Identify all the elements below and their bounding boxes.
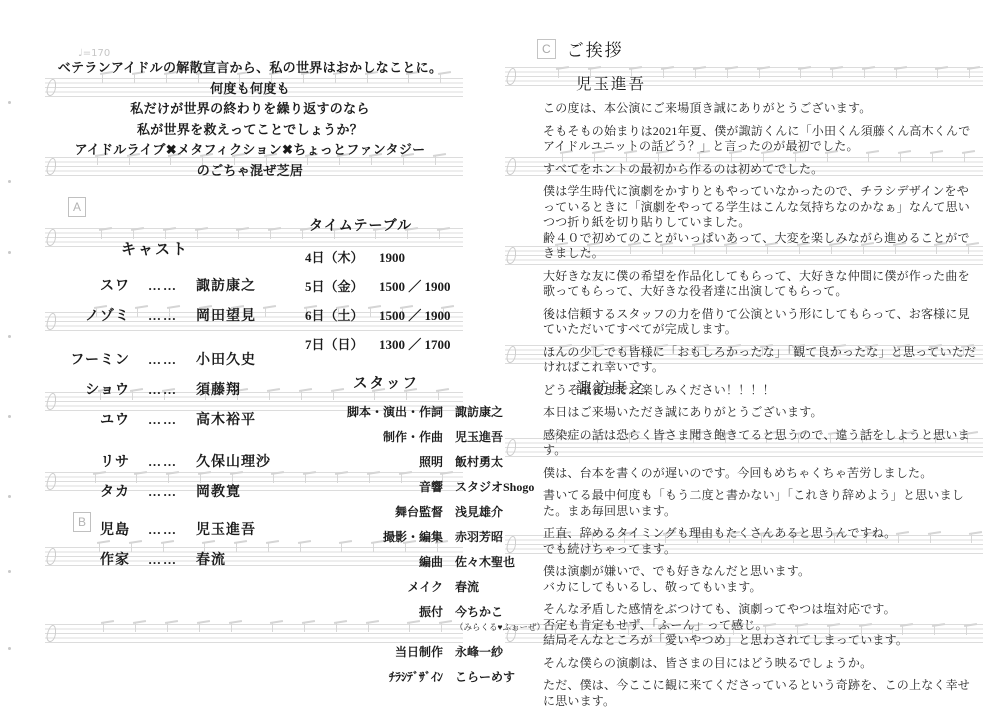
tagline-line: 何度も何度も (40, 79, 460, 100)
tempo-mark: ♩=170 (78, 48, 110, 59)
greeting-paragraph: そんな矛盾した感情をぶつけても、演劇ってやつは塩対応です。 否定も肯定もせず、「… (543, 602, 981, 649)
staff-name: 諏訪康之 (455, 405, 505, 420)
greeting-author: 児玉進吾 (576, 72, 981, 94)
cast-dots: …… (130, 352, 196, 368)
cast-dots: …… (130, 522, 196, 538)
staff-name-text: 赤羽芳昭 (455, 530, 503, 544)
staff-name: 浅見雄介 (455, 505, 505, 520)
tagline-line: ベテランアイドルの解散宣言から、私の世界はおかしなことに。 (40, 58, 460, 79)
greeting-paragraph: すべてをホントの最初から作るのは初めてでした。 (543, 162, 981, 178)
staff-row: ﾁﾗｼﾃﾞｻﾞｲﾝ こらーめす (295, 670, 505, 685)
staff-name: 春流 (455, 580, 505, 595)
greeting-paragraph: 正直、辞めるタイミングも理由もたくさんあると思うんですね。 でも続けちゃってます… (543, 526, 981, 557)
cast-dots: …… (130, 552, 196, 568)
cast-name: 諏訪康之 (196, 275, 315, 295)
cast-dots: …… (130, 484, 196, 500)
staff-name-note: （みらくる♥ふぉーぜ） (455, 620, 545, 635)
cast-dots: …… (130, 412, 196, 428)
staff-row: 舞台監督 浅見雄介 (295, 505, 505, 520)
cast-row: ユウ …… 高木裕平 (55, 409, 315, 431)
staff-name: 今ちかこ（みらくる♥ふぉーぜ） (455, 605, 545, 635)
cast-title: キャスト (121, 238, 315, 259)
cast-dots: …… (130, 382, 196, 398)
staff-role: ﾁﾗｼﾃﾞｻﾞｲﾝ (295, 670, 443, 685)
staff-name-text: こらーめす (455, 670, 515, 684)
staff-role: 舞台監督 (295, 505, 443, 520)
staff-row: 音響 スタジオShogo (295, 480, 505, 495)
tagline-line: アイドルライブ✖メタフィクション✖ちょっとファンタジー (40, 140, 460, 161)
cast-row: 作家 …… 春流 (55, 549, 315, 571)
greeting-paragraph: 書いてる最中何度も「もう二度と書かない」「これきり辞めよう」と思いました。まあ毎… (543, 488, 981, 519)
greeting-paragraph: ほんの少しでも皆様に「おもしろかったな」「観て良かったな」と思っていただければこ… (543, 345, 981, 376)
timetable-date: 4日（木） (305, 250, 379, 265)
greeting-paragraph: ただ、僕は、今ここに観に来てくださっているという奇跡を、この上なく幸せに思います… (543, 678, 981, 707)
cast-dots: …… (130, 278, 196, 294)
greeting-paragraph: 僕は、台本を書くのが遅いのです。今回もめちゃくちゃ苦労しました。 (543, 466, 981, 482)
greeting-paragraph: この度は、本公演にご来場頂き誠にありがとうございます。 (543, 101, 981, 117)
cast-role: リサ (55, 451, 130, 471)
staff-name: スタジオShogo (455, 480, 534, 495)
cast-section: キャスト スワ …… 諏訪康之 ノゾミ …… 岡田望見 (55, 238, 315, 571)
timetable-section: タイムテーブル 4日（木） 1900 5日（金） 1500 ／ 1900 6日（… (305, 215, 500, 352)
cast-name: 岡田望見 (196, 305, 315, 325)
staff-role: 脚本・演出・作詞 (295, 405, 443, 420)
timetable-times: 1500 ／ 1900 (379, 279, 500, 294)
cast-row: ショウ …… 須藤翔 (55, 379, 315, 401)
tagline-line: 私だけが世界の終わりを繰り返すのなら (40, 99, 460, 120)
staff-row: 脚本・演出・作詞 諏訪康之 (295, 405, 505, 420)
staff-name: 佐々木聖也 (455, 555, 515, 570)
staff-section: スタッフ 脚本・演出・作詞 諏訪康之 制作・作曲 児玉進吾 照明 飯村勇太 音 (295, 372, 505, 685)
timetable-title: タイムテーブル (309, 215, 500, 235)
staff-name: 児玉進吾 (455, 430, 505, 445)
staff-name-text: 飯村勇太 (455, 455, 503, 469)
greeting-title: ご挨拶 (567, 36, 624, 61)
timetable-times: 1500 ／ 1900 (379, 308, 500, 323)
staff-role: 撮影・編集 (295, 530, 443, 545)
rehearsal-mark-a: A (68, 197, 86, 217)
cast-role: ユウ (55, 409, 130, 429)
greeting-paragraph: そんな僕らの演劇は、皆さまの目にはどう映るでしょうか。 (543, 656, 981, 672)
greeting-paragraph: 後は信頼するスタッフの力を借りて公演という形にしてもらって、お客様に見ていただい… (543, 307, 981, 338)
greeting-paragraph: そもそもの始まりは2021年夏、僕が諏訪くんに「小田くん須藤くん高木くんでアイド… (543, 124, 981, 155)
tagline-line: のごちゃ混ぜ芝居 (40, 161, 460, 182)
timetable-date: 5日（金） (305, 279, 379, 294)
greeting-section-suwa: 諏訪康之 本日はご来場いただき誠にありがとうございます。 感染症の話は恐らく皆さ… (543, 376, 981, 707)
staff-role: 制作・作曲 (295, 430, 443, 445)
greeting-paragraph: 僕は演劇が嫌いで、でも好きなんだと思います。 バカにしてもいるし、敬ってもいます… (543, 564, 981, 595)
program-content: ♩=170 A B ベテランアイドルの解散宣言から、私の世界はおかしなことに。 … (0, 0, 1000, 707)
staff-name-text: 春流 (455, 580, 479, 594)
staff-row: 照明 飯村勇太 (295, 455, 505, 470)
staff-name-text: 浅見雄介 (455, 505, 503, 519)
staff-name: 永峰一紗 (455, 645, 505, 660)
greeting-paragraph: 僕は学生時代に演劇をかすりともやっていなかったので、チラシデザインをやっていると… (543, 184, 981, 262)
staff-name-text: 今ちかこ (455, 605, 503, 619)
staff-role: 当日制作 (295, 645, 443, 660)
cast-row: リサ …… 久保山理沙 (55, 451, 315, 473)
cast-role: 児島 (55, 519, 130, 539)
staff-name-text: 児玉進吾 (455, 430, 503, 444)
program-spread: ♩=170 A B ベテランアイドルの解散宣言から、私の世界はおかしなことに。 … (0, 0, 1000, 707)
staff-role: メイク (295, 580, 443, 595)
staff-name: こらーめす (455, 670, 515, 685)
timetable-date: 6日（土） (305, 308, 379, 323)
timetable-row: 6日（土） 1500 ／ 1900 (305, 308, 500, 323)
staff-name: 飯村勇太 (455, 455, 505, 470)
timetable-times: 1300 ／ 1700 (379, 337, 500, 352)
cast-row: スワ …… 諏訪康之 (55, 275, 315, 297)
staff-role: 振付 (295, 605, 443, 635)
cast-row: ノゾミ …… 岡田望見 (55, 305, 315, 327)
staff-row: 撮影・編集 赤羽芳昭 (295, 530, 505, 545)
staff-row: メイク 春流 (295, 580, 505, 595)
tagline: ベテランアイドルの解散宣言から、私の世界はおかしなことに。 何度も何度も 私だけ… (40, 58, 460, 181)
cast-rows: スワ …… 諏訪康之 ノゾミ …… 岡田望見 フーミン …… 小田久史 (55, 275, 315, 571)
staff-title: スタッフ (353, 372, 505, 393)
cast-row: 児島 …… 児玉進吾 (55, 519, 315, 541)
staff-role: 照明 (295, 455, 443, 470)
timetable-date: 7日（日） (305, 337, 379, 352)
timetable-row: 7日（日） 1300 ／ 1700 (305, 337, 500, 352)
greeting-paragraph: 本日はご来場いただき誠にありがとうございます。 (543, 405, 981, 421)
staff-row: 制作・作曲 児玉進吾 (295, 430, 505, 445)
staff-role: 音響 (295, 480, 443, 495)
greeting-paragraph: 感染症の話は恐らく皆さま聞き飽きてると思うので、違う話をしようと思います。 (543, 428, 981, 459)
cast-role: スワ (55, 275, 130, 295)
cast-dots: …… (130, 454, 196, 470)
staff-name-text: スタジオShogo (455, 480, 534, 494)
timetable-row: 4日（木） 1900 (305, 250, 500, 265)
cast-role: フーミン (55, 349, 130, 369)
cast-role: ショウ (55, 379, 130, 399)
staff-name-text: 永峰一紗 (455, 645, 503, 659)
cast-role: タカ (55, 481, 130, 501)
staff-name-text: 諏訪康之 (455, 405, 503, 419)
staff-row: 当日制作 永峰一紗 (295, 645, 505, 660)
cast-row: タカ …… 岡教寛 (55, 481, 315, 503)
cast-name: 小田久史 (196, 349, 315, 369)
cast-dots: …… (130, 308, 196, 324)
greeting-header: C ご挨拶 (537, 36, 624, 61)
rehearsal-mark-c: C (537, 39, 556, 59)
greeting-section-kodama: 児玉進吾 この度は、本公演にご来場頂き誠にありがとうございます。 そもそもの始ま… (543, 72, 981, 398)
tagline-line: 私が世界を救えってことでしょうか？ (40, 120, 460, 141)
greeting-paragraph: 大好きな友に僕の希望を作品化してもらって、大好きな仲間に僕が作った曲を歌ってもら… (543, 269, 981, 300)
staff-name: 赤羽芳昭 (455, 530, 505, 545)
staff-name-text: 佐々木聖也 (455, 555, 515, 569)
staff-row: 振付 今ちかこ（みらくる♥ふぉーぜ） (295, 605, 505, 635)
cast-row: フーミン …… 小田久史 (55, 349, 315, 371)
timetable-row: 5日（金） 1500 ／ 1900 (305, 279, 500, 294)
rehearsal-mark-b: B (73, 512, 91, 532)
cast-role: 作家 (55, 549, 130, 569)
timetable-times: 1900 (379, 250, 500, 265)
staff-role: 編曲 (295, 555, 443, 570)
staff-row: 編曲 佐々木聖也 (295, 555, 505, 570)
cast-role: ノゾミ (55, 305, 130, 325)
greeting-author: 諏訪康之 (576, 376, 981, 398)
